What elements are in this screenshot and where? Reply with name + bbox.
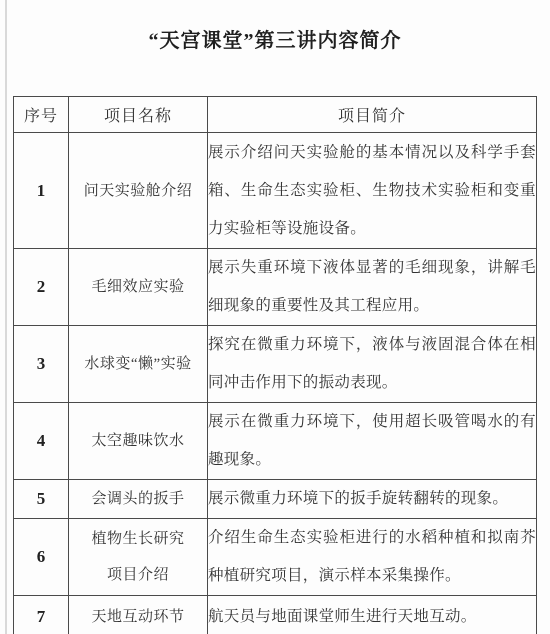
- project-name: 植物生长研究 项目介绍: [69, 519, 208, 596]
- page-edge-line: [5, 0, 7, 634]
- project-name: 太空趣味饮水: [69, 403, 208, 480]
- header-serial-number: 序号: [14, 97, 69, 133]
- row-serial-number: 4: [14, 403, 69, 480]
- table-row: 3 水球变“懒”实验 探究在微重力环境下，液体与液固混合体在相同冲击作用下的振动…: [14, 326, 537, 403]
- table-row: 2 毛细效应实验 展示失重环境下液体显著的毛细现象，讲解毛细现象的重要性及其工程…: [14, 249, 537, 326]
- document-page: “天宫课堂”第三讲内容简介 序号 项目名称 项目简介 1 问天实验舱介绍 展示介…: [0, 0, 550, 634]
- project-name: 水球变“懒”实验: [69, 326, 208, 403]
- project-intro: 探究在微重力环境下，液体与液固混合体在相同冲击作用下的振动表现。: [208, 326, 537, 403]
- project-intro: 展示在微重力环境下，使用超长吸管喝水的有趣现象。: [208, 403, 537, 480]
- table-row: 6 植物生长研究 项目介绍 介绍生命生态实验柜进行的水稻种植和拟南芥种植研究项目…: [14, 519, 537, 596]
- project-intro: 展示介绍问天实验舱的基本情况以及科学手套箱、生命生态实验柜、生物技术实验柜和变重…: [208, 133, 537, 249]
- table-row: 4 太空趣味饮水 展示在微重力环境下，使用超长吸管喝水的有趣现象。: [14, 403, 537, 480]
- project-intro: 航天员与地面课堂师生进行天地互动。: [208, 596, 537, 634]
- table-row: 7 天地互动环节 航天员与地面课堂师生进行天地互动。: [14, 596, 537, 634]
- table-row: 1 问天实验舱介绍 展示介绍问天实验舱的基本情况以及科学手套箱、生命生态实验柜、…: [14, 133, 537, 249]
- project-intro: 介绍生命生态实验柜进行的水稻种植和拟南芥种植研究项目，演示样本采集操作。: [208, 519, 537, 596]
- row-serial-number: 6: [14, 519, 69, 596]
- header-project-intro: 项目简介: [208, 97, 537, 133]
- row-serial-number: 1: [14, 133, 69, 249]
- table-header-row: 序号 项目名称 项目简介: [14, 97, 537, 133]
- row-serial-number: 2: [14, 249, 69, 326]
- row-serial-number: 5: [14, 480, 69, 519]
- row-serial-number: 3: [14, 326, 69, 403]
- row-serial-number: 7: [14, 596, 69, 634]
- project-name: 会调头的扳手: [69, 480, 208, 519]
- table-row: 5 会调头的扳手 展示微重力环境下的扳手旋转翻转的现象。: [14, 480, 537, 519]
- content-table: 序号 项目名称 项目简介 1 问天实验舱介绍 展示介绍问天实验舱的基本情况以及科…: [13, 96, 537, 634]
- header-project-name: 项目名称: [69, 97, 208, 133]
- project-intro: 展示微重力环境下的扳手旋转翻转的现象。: [208, 480, 537, 519]
- project-intro: 展示失重环境下液体显著的毛细现象，讲解毛细现象的重要性及其工程应用。: [208, 249, 537, 326]
- project-name: 天地互动环节: [69, 596, 208, 634]
- project-name: 问天实验舱介绍: [69, 133, 208, 249]
- page-title: “天宫课堂”第三讲内容简介: [0, 0, 550, 55]
- project-name: 毛细效应实验: [69, 249, 208, 326]
